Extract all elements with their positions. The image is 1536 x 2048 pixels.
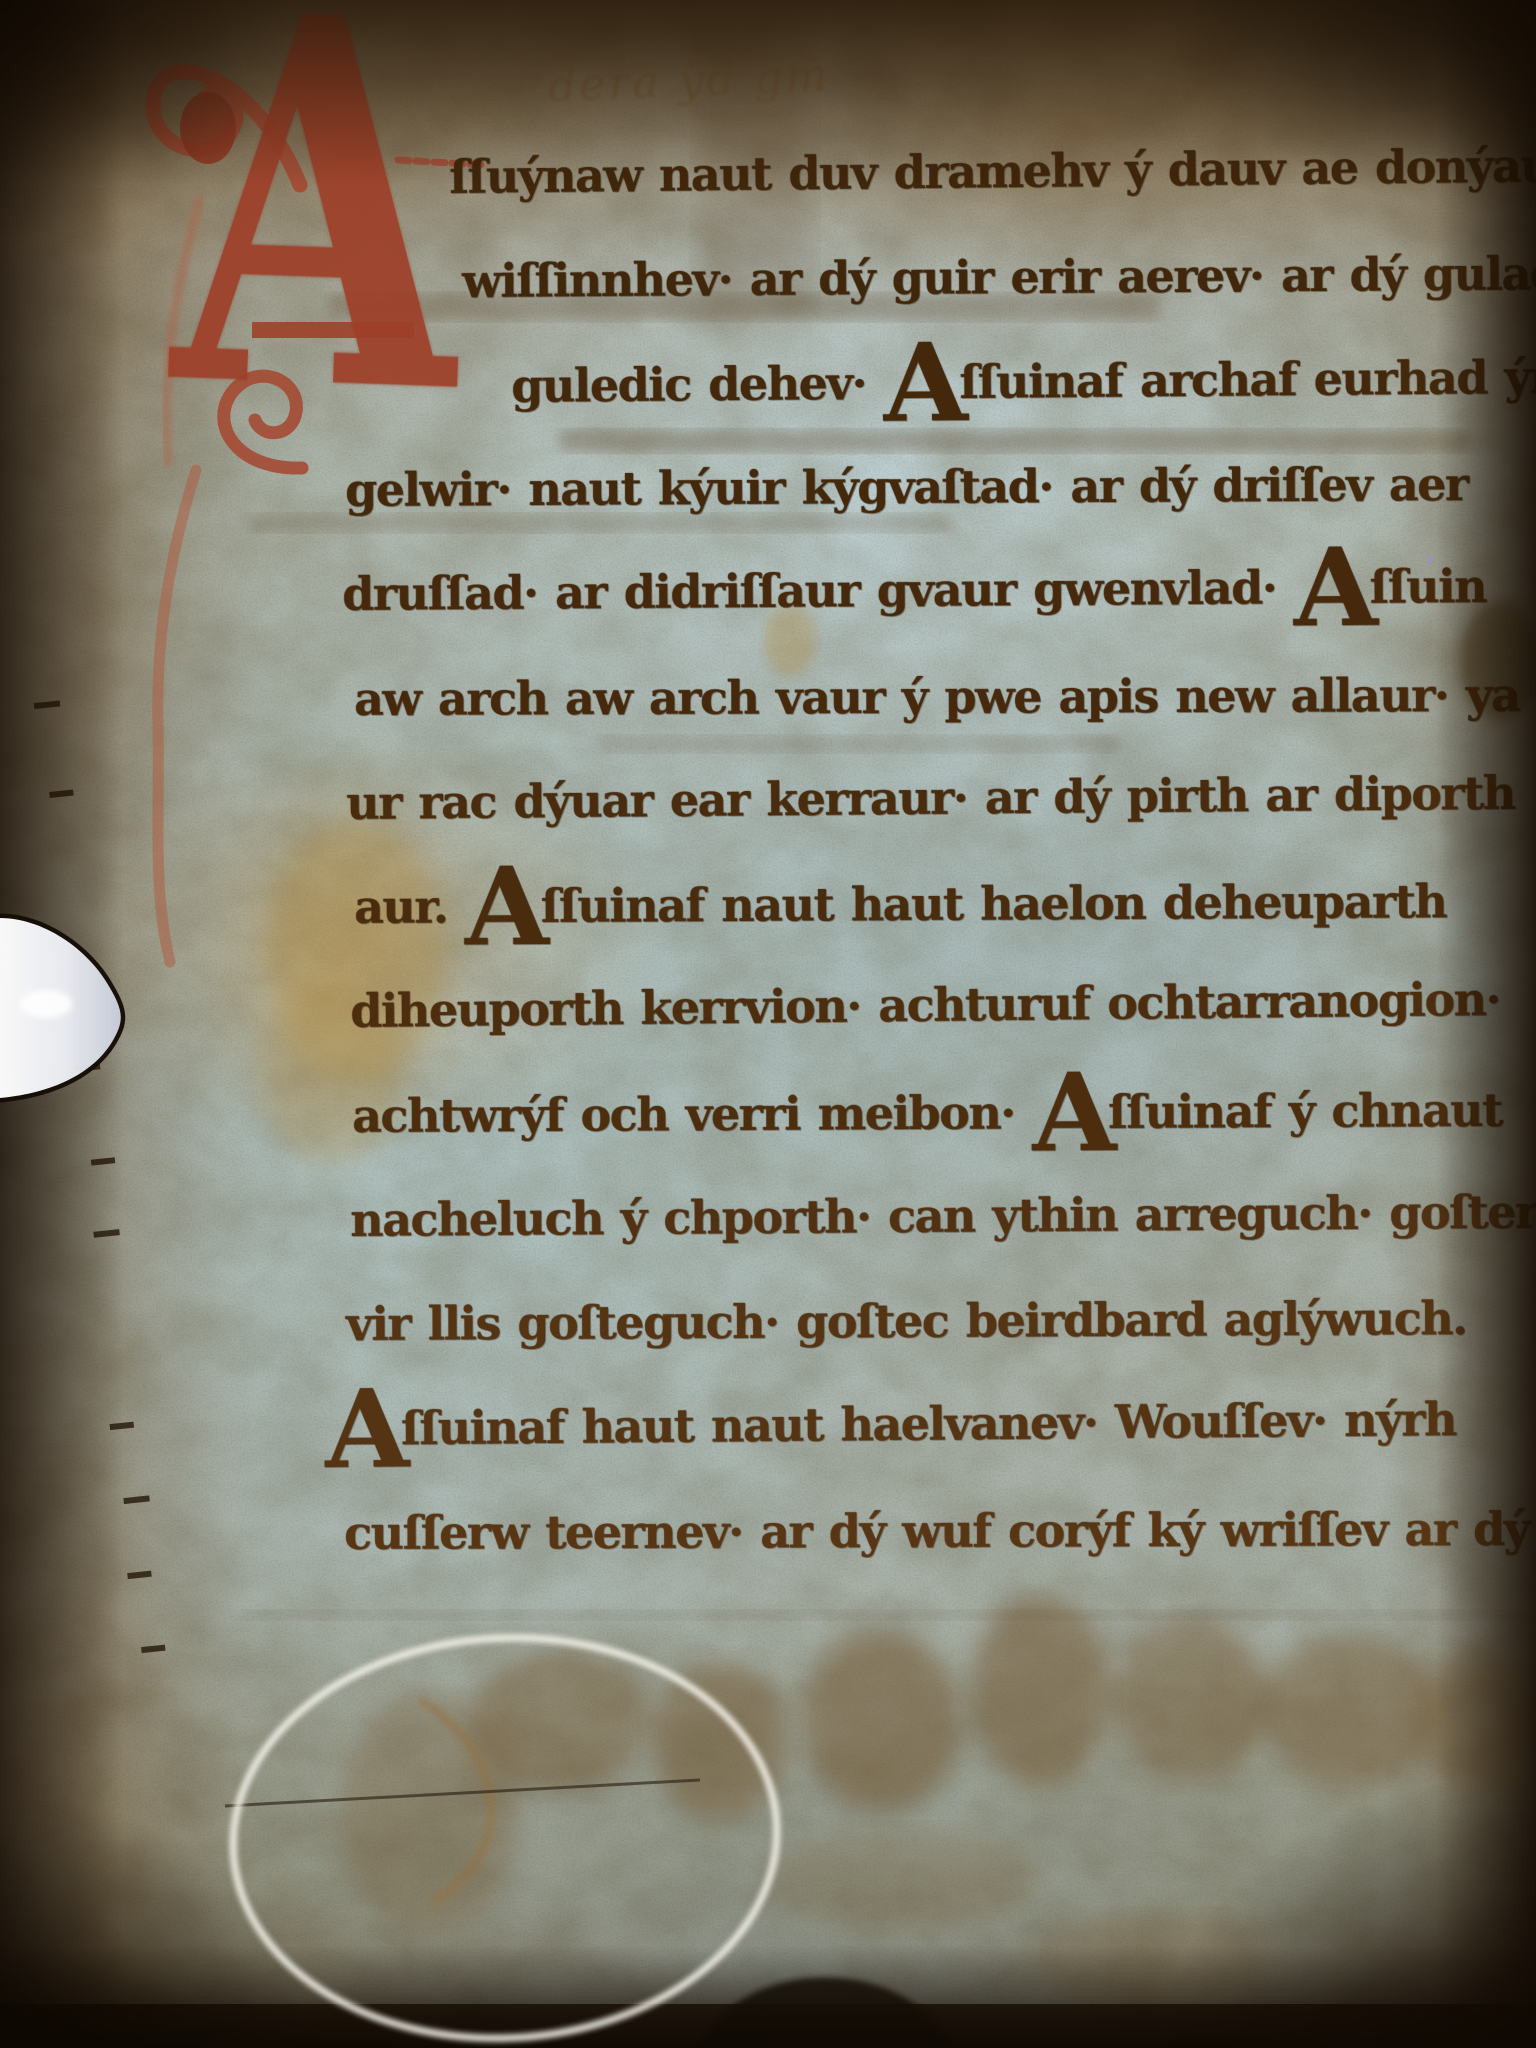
photo-frame: dera ÿd gm̃ A ſſuýnaw naut duv dramehv ý… (0, 0, 1536, 2048)
page-holder (0, 918, 121, 1098)
specular-highlight (20, 990, 72, 1018)
oval-annotation (223, 1624, 787, 2048)
annotation-overlay (0, 0, 1536, 2048)
